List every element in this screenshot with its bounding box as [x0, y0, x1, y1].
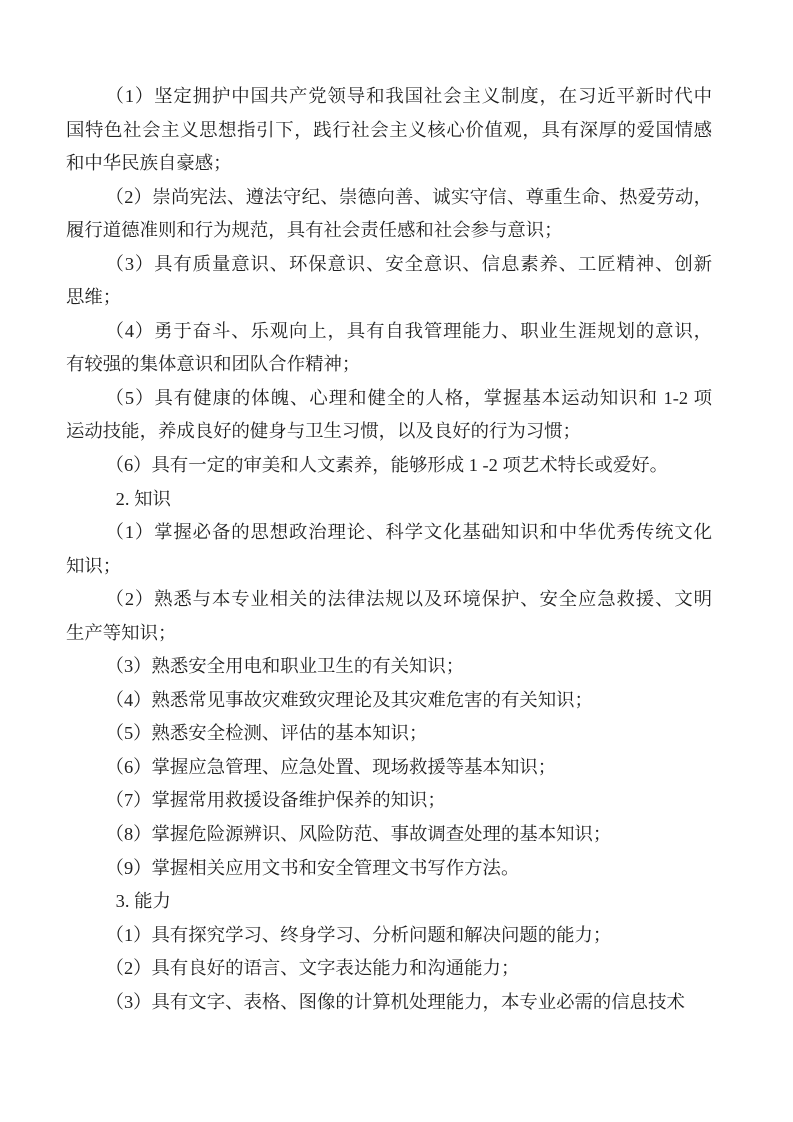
paragraph-line: （6）具有一定的审美和人文素养，能够形成 1 -2 项艺术特长或爱好。 [66, 449, 712, 483]
paragraph-line: 和中华民族自豪感； [66, 147, 712, 181]
paragraph-line: （8）掌握危险源辨识、风险防范、事故调查处理的基本知识； [66, 818, 712, 852]
paragraph-line: （3）熟悉安全用电和职业卫生的有关知识； [66, 650, 712, 684]
section-heading-line: 3. 能力 [66, 885, 712, 919]
paragraph-line: （3）具有质量意识、环保意识、安全意识、信息素养、工匠精神、创新 [66, 248, 712, 282]
paragraph-line: 思维； [66, 281, 712, 315]
paragraph-line: （5）具有健康的体魄、心理和健全的人格，掌握基本运动知识和 1-2 项 [66, 382, 712, 416]
paragraph-line: （5）熟悉安全检测、评估的基本知识； [66, 717, 712, 751]
paragraph-line: 生产等知识； [66, 617, 712, 651]
paragraph-line: （7）掌握常用救援设备维护保养的知识； [66, 784, 712, 818]
paragraph-line: （2）具有良好的语言、文字表达能力和沟通能力； [66, 952, 712, 986]
paragraph-line: （4）熟悉常见事故灾难致灾理论及其灾难危害的有关知识； [66, 684, 712, 718]
paragraph-line: （1）坚定拥护中国共产党领导和我国社会主义制度，在习近平新时代中 [66, 80, 712, 114]
paragraph-line: （9）掌握相关应用文书和安全管理文书写作方法。 [66, 852, 712, 886]
paragraph-line: （2）熟悉与本专业相关的法律法规以及环境保护、安全应急救援、文明 [66, 583, 712, 617]
paragraph-line: 知识； [66, 550, 712, 584]
paragraph-line: 运动技能，养成良好的健身与卫生习惯，以及良好的行为习惯； [66, 415, 712, 449]
paragraph-line: （2）崇尚宪法、遵法守纪、崇德向善、诚实守信、尊重生命、热爱劳动， [66, 181, 712, 215]
paragraph-line: （6）掌握应急管理、应急处置、现场救援等基本知识； [66, 751, 712, 785]
paragraph-line: （1）具有探究学习、终身学习、分析问题和解决问题的能力； [66, 919, 712, 953]
document-text-block: （1）坚定拥护中国共产党领导和我国社会主义制度，在习近平新时代中国特色社会主义思… [66, 80, 712, 1019]
paragraph-line: 有较强的集体意识和团队合作精神； [66, 348, 712, 382]
section-heading-line: 2. 知识 [66, 483, 712, 517]
paragraph-line: （1）掌握必备的思想政治理论、科学文化基础知识和中华优秀传统文化 [66, 516, 712, 550]
paragraph-line: （3）具有文字、表格、图像的计算机处理能力，本专业必需的信息技术 [66, 986, 712, 1020]
document-page: （1）坚定拥护中国共产党领导和我国社会主义制度，在习近平新时代中国特色社会主义思… [0, 0, 793, 1122]
paragraph-line: 国特色社会主义思想指引下，践行社会主义核心价值观，具有深厚的爱国情感 [66, 114, 712, 148]
paragraph-line: 履行道德准则和行为规范，具有社会责任感和社会参与意识； [66, 214, 712, 248]
paragraph-line: （4）勇于奋斗、乐观向上，具有自我管理能力、职业生涯规划的意识， [66, 315, 712, 349]
